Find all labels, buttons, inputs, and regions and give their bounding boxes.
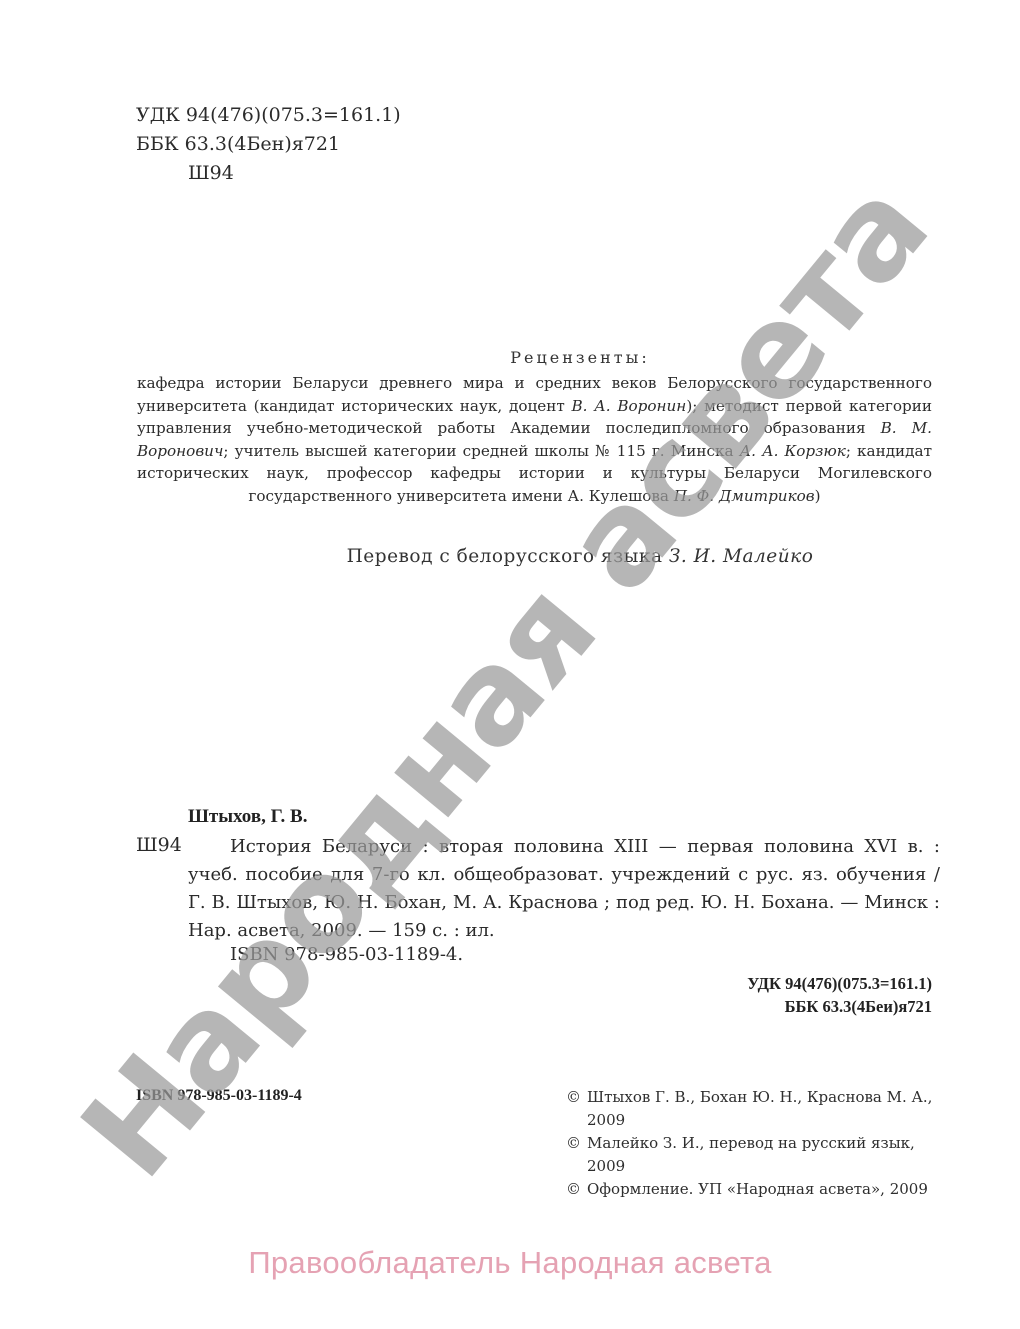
catalog-card-classification: УДК 94(476)(075.3=161.1) ББК 63.3(4Беи)я…: [747, 972, 932, 1018]
copyright-icon: ©: [566, 1132, 587, 1155]
book-imprint-page: УДК 94(476)(075.3=161.1) ББК 63.3(4Бен)я…: [0, 0, 1020, 1329]
isbn-number: ISBN 978-985-03-1189-4: [136, 1087, 302, 1105]
copyright-item: ©Малейко З. И., перевод на русский язык,…: [566, 1132, 936, 1178]
rights-holder-footer: Правообладатель Народная асвета: [0, 1245, 1020, 1281]
catalog-card-bbk: ББК 63.3(4Беи)я721: [747, 995, 932, 1018]
copyright-text: Малейко З. И., перевод на русский язык, …: [587, 1134, 915, 1175]
catalog-card-udk: УДК 94(476)(075.3=161.1): [747, 972, 932, 995]
translator-name: З. И. Малейко: [669, 546, 813, 567]
catalog-card-description: История Беларуси : вторая половина XIII …: [188, 833, 940, 945]
copyright-notices: ©Штыхов Г. В., Бохан Ю. Н., Краснова М. …: [566, 1086, 936, 1201]
copyright-icon: ©: [566, 1178, 587, 1201]
classification-block: УДК 94(476)(075.3=161.1) ББК 63.3(4Бен)я…: [136, 101, 401, 188]
copyright-text: Оформление. УП «Народная асвета», 2009: [587, 1180, 928, 1198]
publisher-watermark: Народная асвета: [54, 155, 957, 1206]
udk-code: УДК 94(476)(075.3=161.1): [136, 101, 401, 130]
reviewer-name: В. А. Воронин: [572, 397, 687, 415]
translation-prefix: Перевод с белорусского языка: [347, 546, 669, 567]
translation-credit: Перевод с белорусского языка З. И. Малей…: [0, 546, 1020, 567]
catalog-card-author: Штыхов, Г. В.: [188, 806, 307, 828]
bibliographic-description: История Беларуси : вторая половина XIII …: [188, 833, 940, 945]
catalog-card-code: Ш94: [136, 834, 182, 856]
copyright-item: ©Оформление. УП «Народная асвета», 2009: [566, 1178, 936, 1201]
reviewer-name: П. Ф. Дмитриков: [674, 487, 815, 505]
catalog-card-isbn: ISBN 978-985-03-1189-4.: [230, 944, 463, 965]
reviewers-heading: Рецензенты:: [0, 348, 1020, 367]
copyright-item: ©Штыхов Г. В., Бохан Ю. Н., Краснова М. …: [566, 1086, 936, 1132]
reviewer-name: А. А. Корзюк: [740, 442, 846, 460]
author-mark: Ш94: [136, 159, 401, 188]
copyright-icon: ©: [566, 1086, 587, 1109]
bbk-code: ББК 63.3(4Бен)я721: [136, 130, 401, 159]
reviewers-text: ): [815, 487, 821, 505]
copyright-text: Штыхов Г. В., Бохан Ю. Н., Краснова М. А…: [587, 1088, 932, 1129]
reviewers-text: ; учитель высшей категории средней школы…: [223, 442, 739, 460]
reviewers-list: кафедра истории Беларуси древнего мира и…: [137, 372, 932, 508]
